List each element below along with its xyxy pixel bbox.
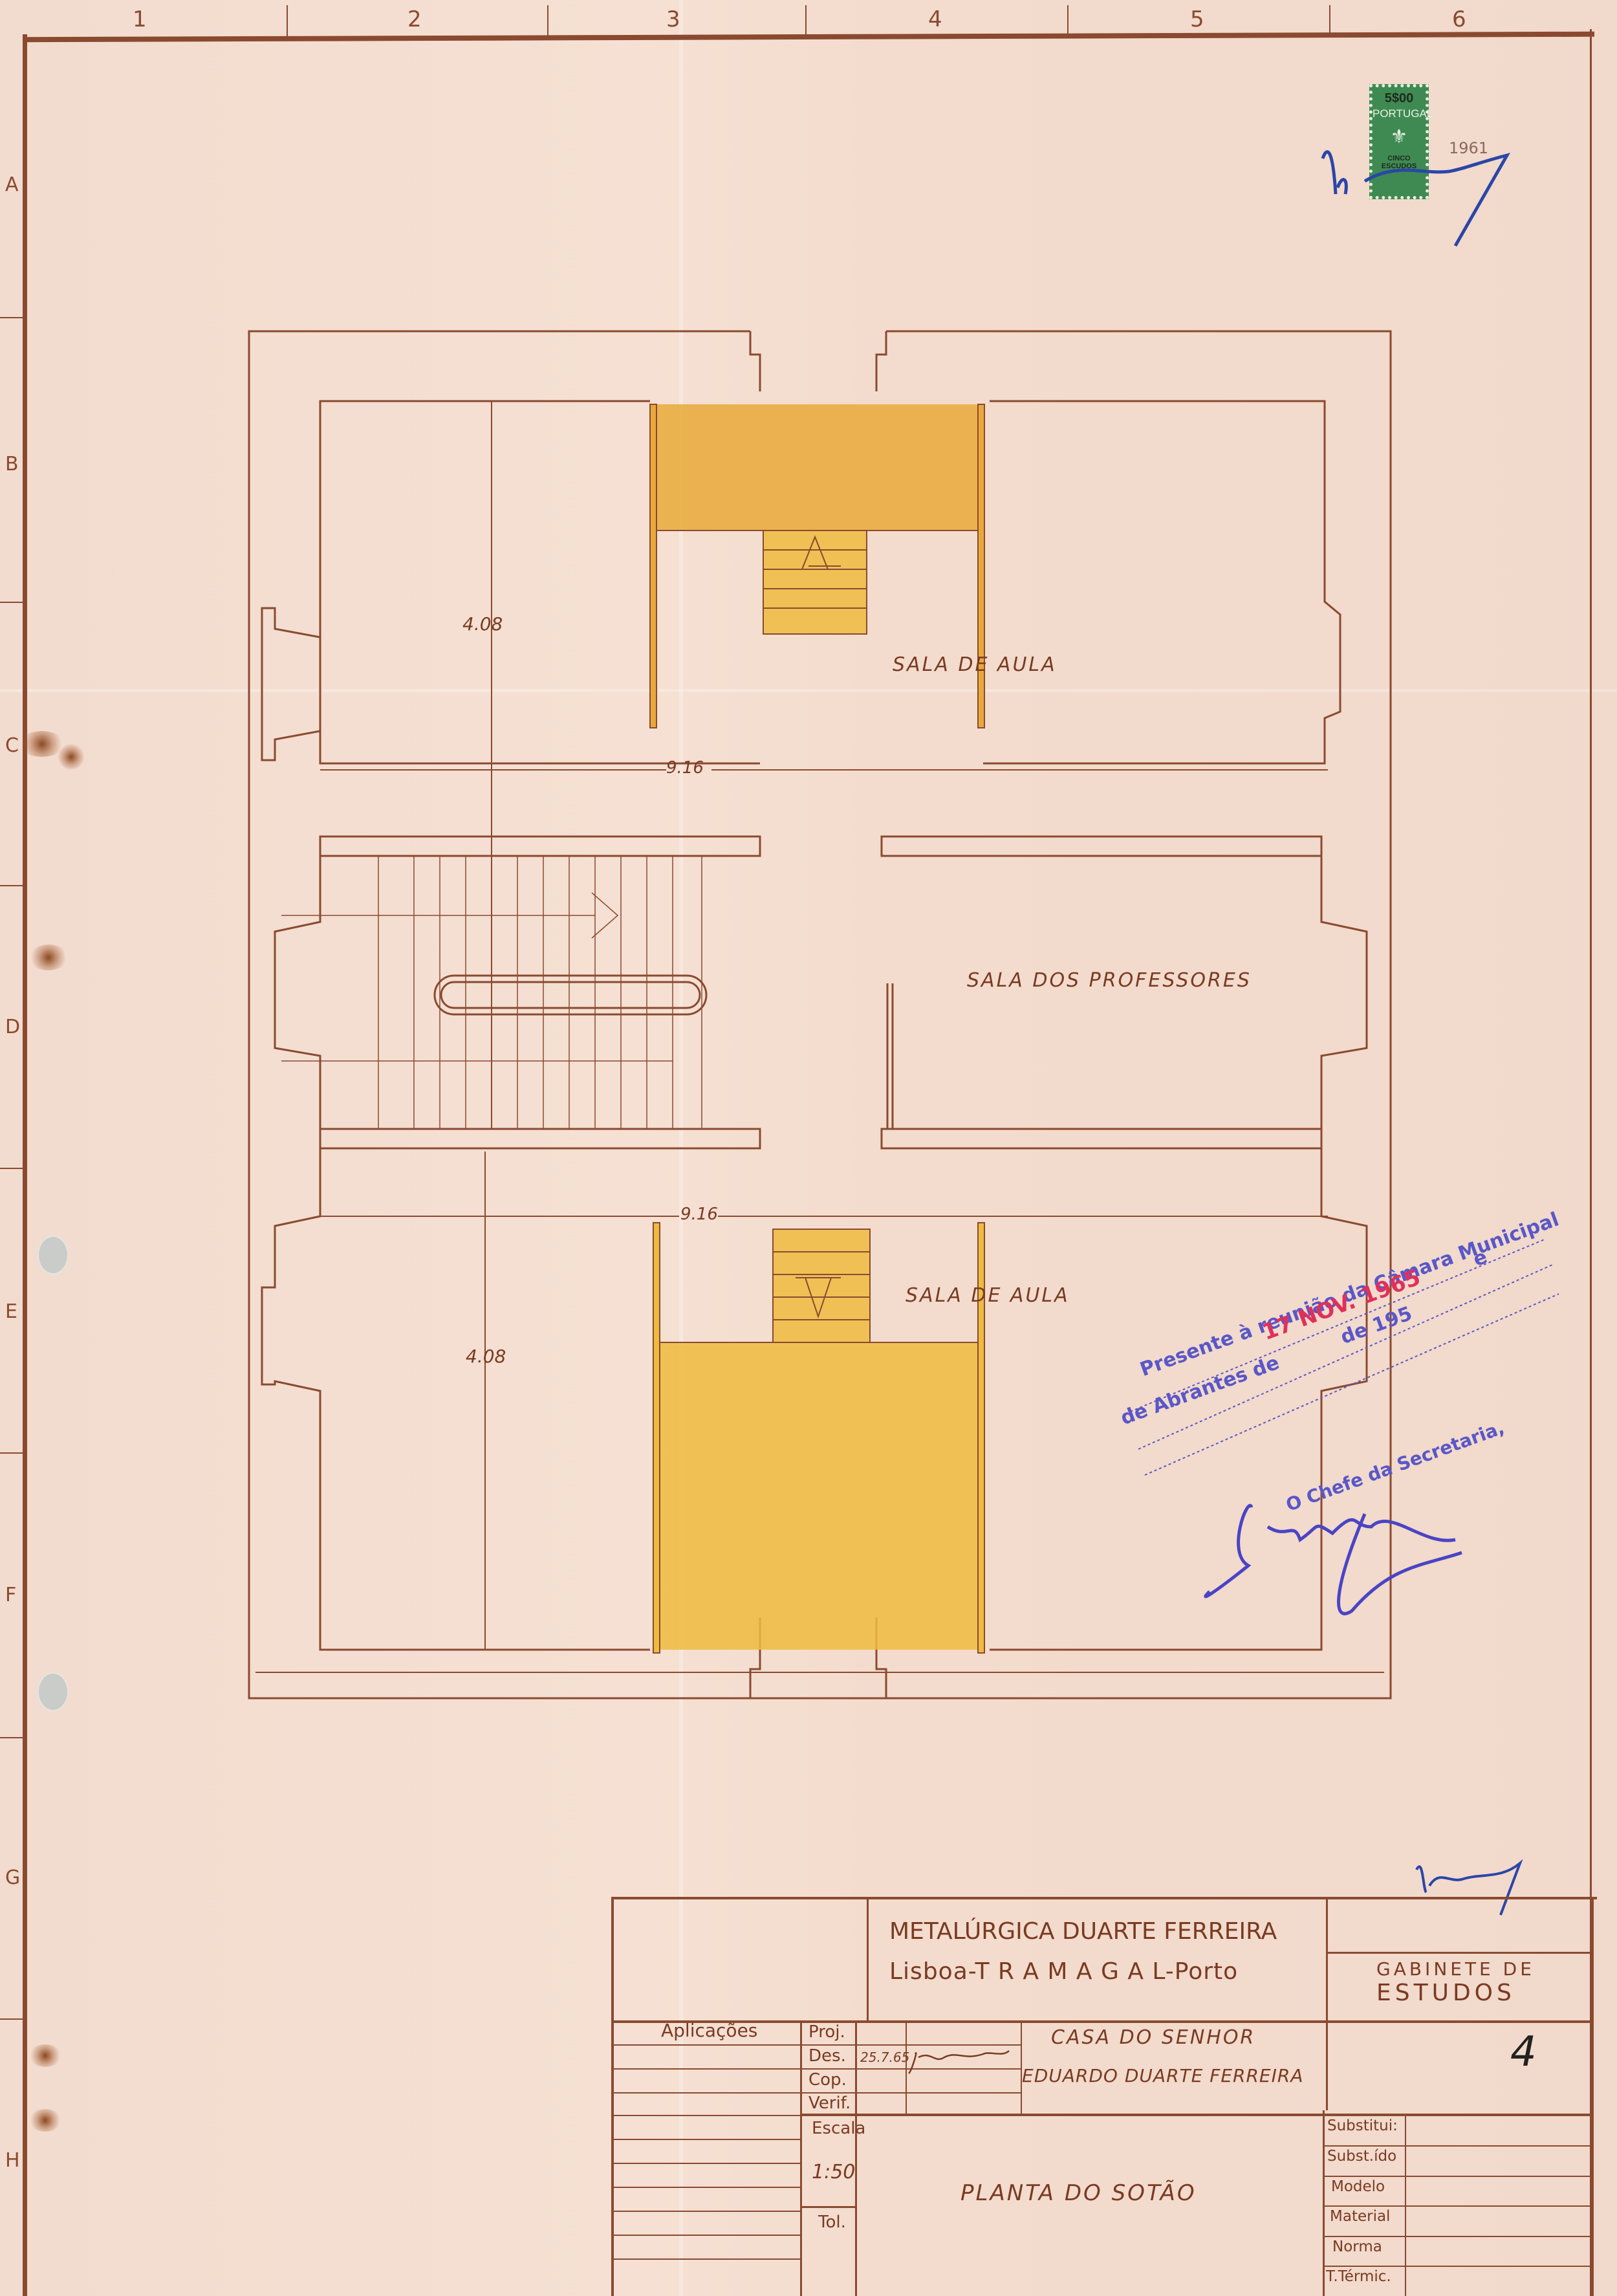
company-locations: Lisboa-T R A M A G A L-Porto bbox=[889, 1958, 1238, 1985]
project-line1: CASA DO SENHOR bbox=[1051, 2026, 1255, 2049]
role-des-date: 25.7.65 bbox=[860, 2050, 909, 2065]
stamp-denomination: ESCUDOS bbox=[1373, 162, 1426, 170]
stamp-coat-of-arms-icon: ⚜ bbox=[1373, 126, 1426, 148]
stamp-annotation: 1961 bbox=[1449, 139, 1488, 157]
project-line2: EDUARDO DUARTE FERREIRA bbox=[1022, 2065, 1303, 2086]
room-label-classroom-top: SALA DE AULA bbox=[893, 653, 1057, 676]
meta-label-norma: Norma bbox=[1332, 2238, 1382, 2255]
stamp-value: 5$00 bbox=[1373, 91, 1426, 106]
sheet-number: 4 bbox=[1510, 2028, 1537, 2076]
dimension-width-bottom: 9.16 bbox=[680, 1205, 718, 1224]
dimension-height-bottom: 4.08 bbox=[466, 1346, 506, 1367]
company-name: METALÚRGICA DUARTE FERREIRA bbox=[889, 1918, 1277, 1945]
tolerance-label: Tol. bbox=[818, 2213, 846, 2232]
meta-label-substitui: Substitui: bbox=[1327, 2117, 1398, 2134]
drawing-title: PLANTA DO SOTÃO bbox=[960, 2180, 1197, 2206]
dimension-height-top: 4.08 bbox=[462, 613, 503, 635]
meta-label-material: Material bbox=[1330, 2208, 1390, 2225]
room-label-teachers-room: SALA DOS PROFESSORES bbox=[967, 969, 1252, 992]
role-des-label: Des. bbox=[808, 2046, 846, 2066]
applications-label: Aplicações bbox=[661, 2020, 757, 2041]
department-line2: ESTUDOS bbox=[1376, 1980, 1515, 2006]
meta-label-substituido: Subst.ído bbox=[1327, 2148, 1396, 2165]
role-verif-label: Verif. bbox=[808, 2094, 851, 2113]
revenue-stamp: 5$00 PORTUGAL ⚜ CINCO ESCUDOS bbox=[1369, 84, 1429, 199]
meta-label-ttermic: T.Térmic. bbox=[1326, 2268, 1391, 2285]
scale-value: 1:50 bbox=[812, 2161, 855, 2183]
scale-label: Escala bbox=[812, 2119, 865, 2138]
stamp-country: PORTUGAL bbox=[1373, 107, 1426, 120]
room-label-classroom-bottom: SALA DE AULA bbox=[906, 1284, 1070, 1307]
meta-label-modelo: Modelo bbox=[1331, 2178, 1385, 2195]
role-cop-label: Cop. bbox=[808, 2070, 847, 2090]
role-proj-label: Proj. bbox=[808, 2022, 845, 2042]
stamp-denomination: CINCO bbox=[1373, 155, 1426, 162]
dimension-width-top: 9.16 bbox=[666, 758, 704, 778]
department-line1: GABINETE DE bbox=[1376, 1958, 1535, 1980]
